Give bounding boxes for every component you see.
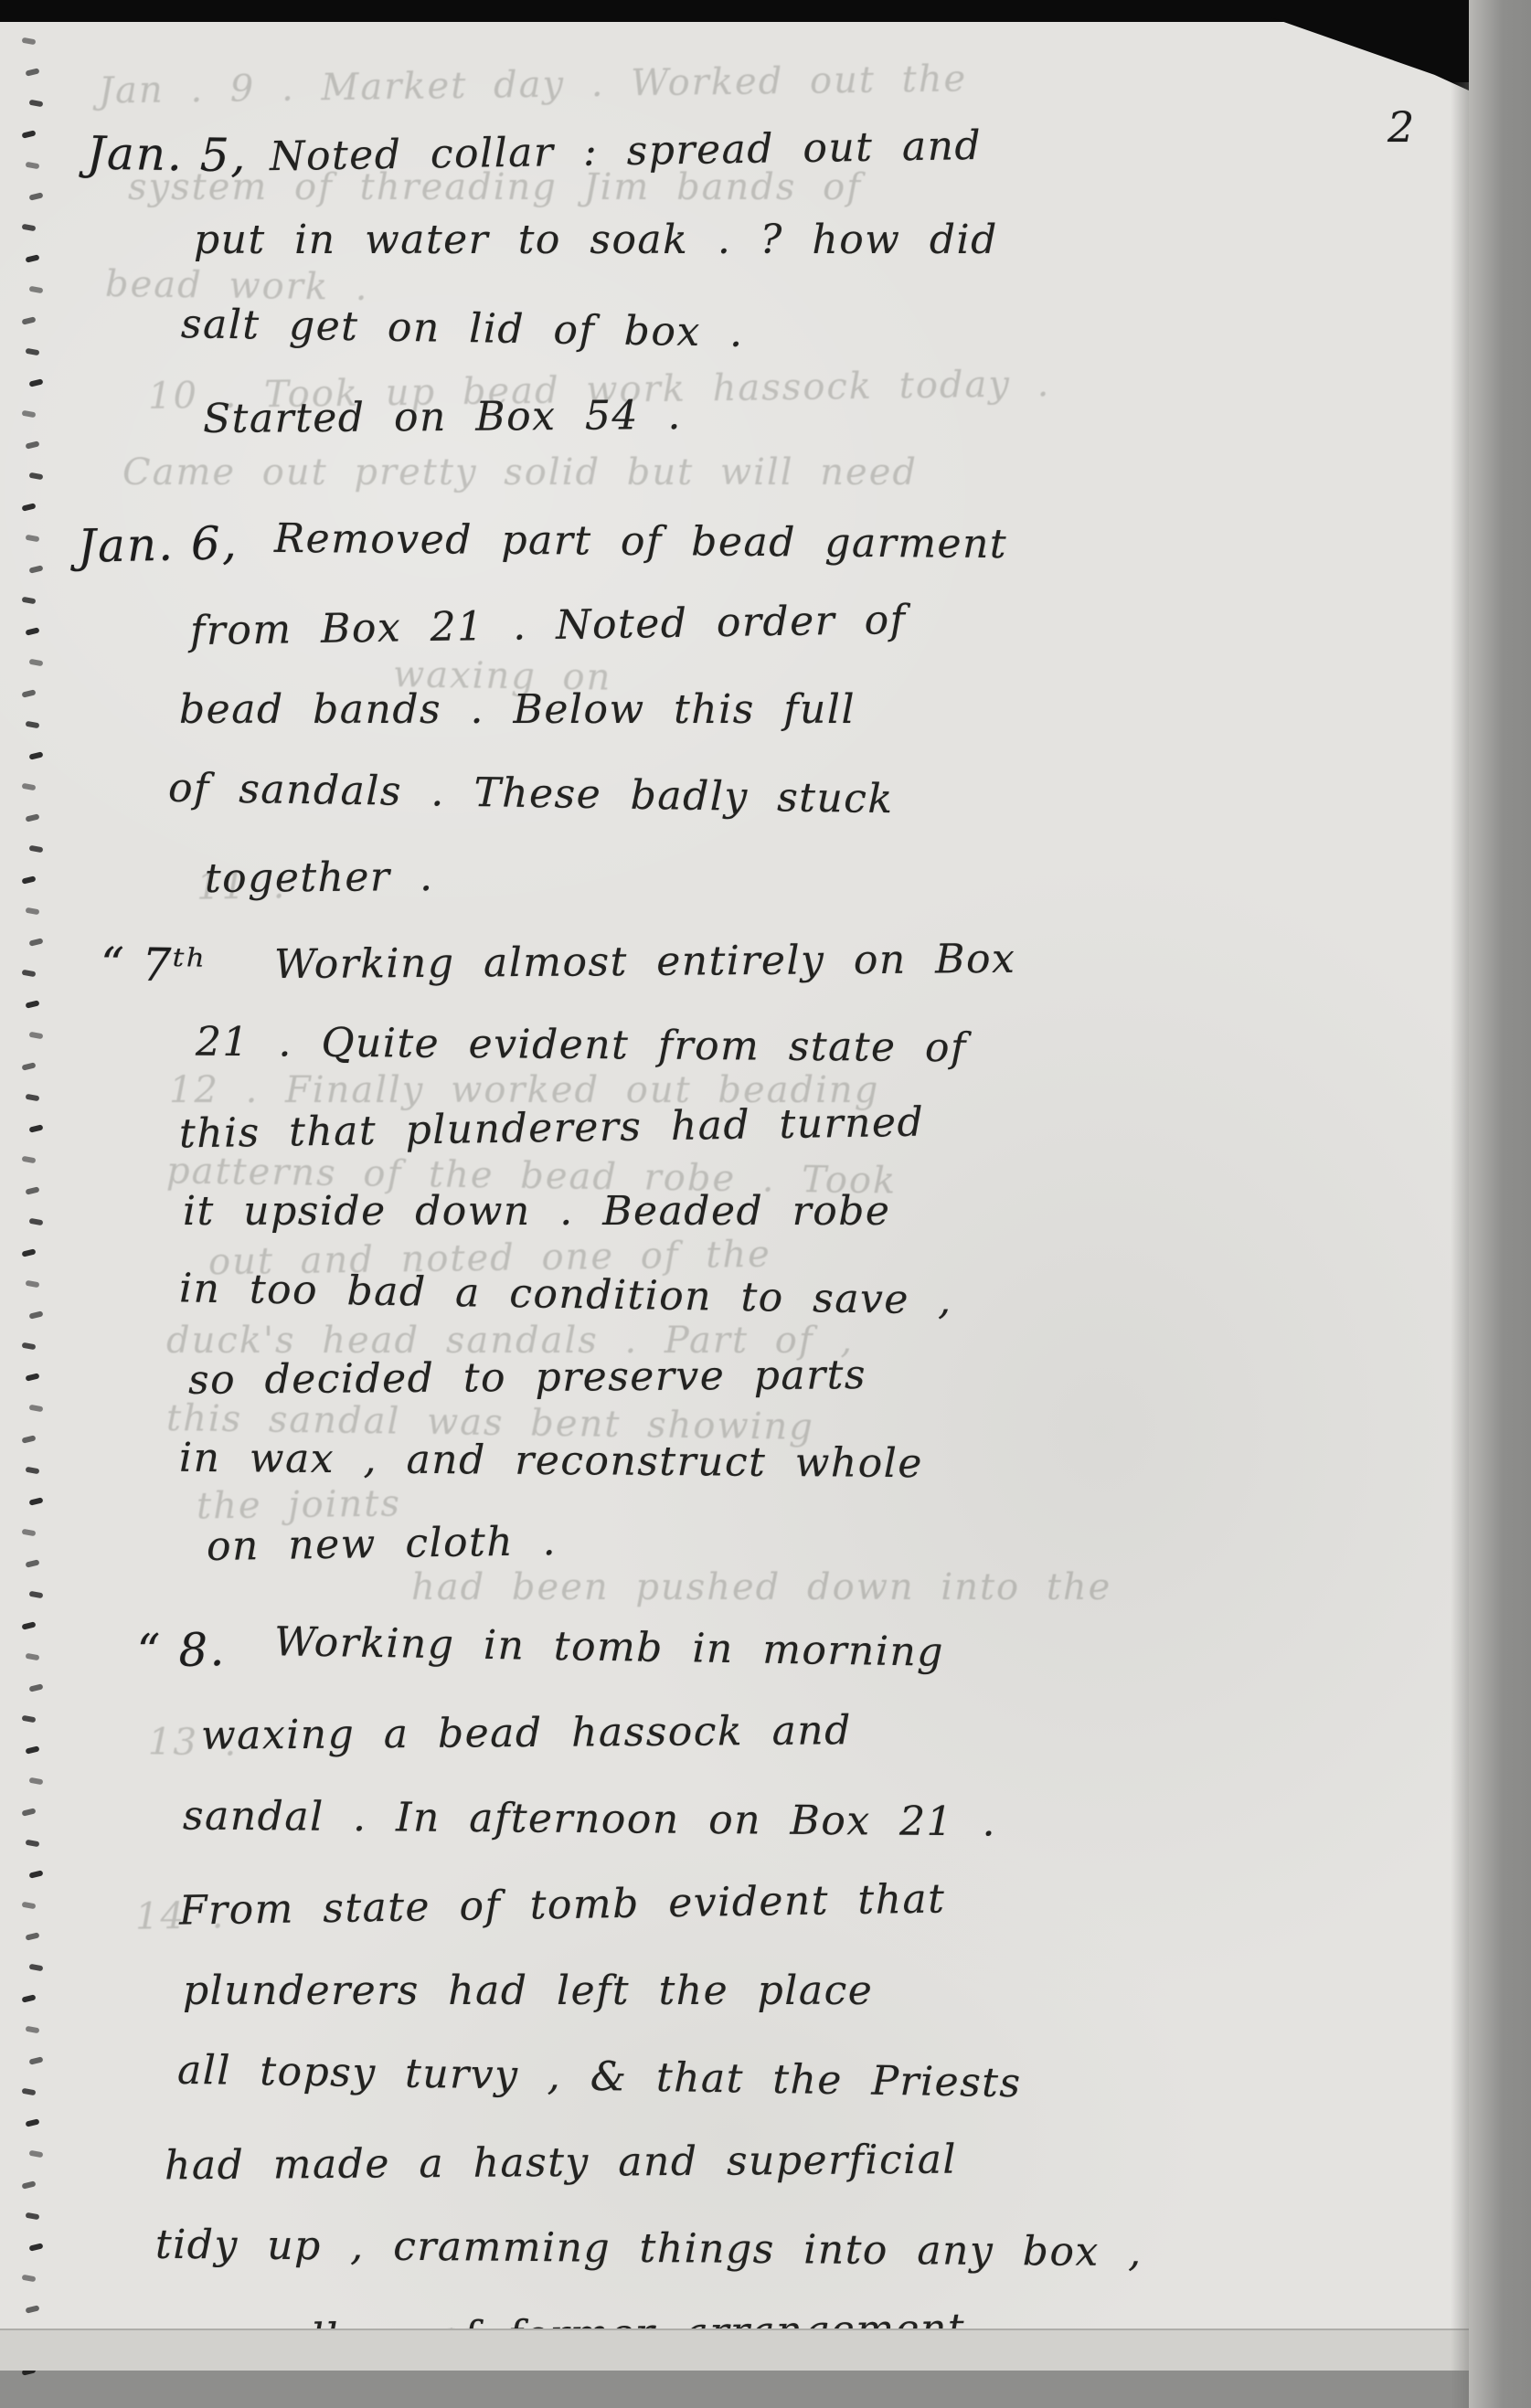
stitch-mark — [29, 2150, 44, 2159]
stitch-mark — [28, 565, 43, 573]
stitch-mark — [21, 1621, 36, 1629]
stitch-mark — [28, 1497, 43, 1505]
entry-line: from Box 21 . Noted order of — [190, 597, 907, 654]
stitch-mark — [28, 1870, 43, 1878]
stitch-mark — [22, 1342, 37, 1351]
entry-line: sandal . In afternoon on Box 21 . — [183, 1793, 996, 1846]
stitch-mark — [22, 1156, 37, 1164]
stitch-mark — [21, 1994, 36, 2002]
stitch-mark — [22, 2275, 37, 2283]
stitch-mark — [25, 2118, 39, 2127]
stitch-mark — [22, 224, 37, 232]
entry-line: together . — [205, 854, 434, 902]
stitch-mark — [28, 751, 43, 759]
stitch-mark — [26, 1653, 40, 1661]
stitch-mark — [21, 875, 36, 884]
stitch-mark — [21, 689, 36, 697]
stitch-mark — [28, 1310, 43, 1319]
stitch-mark — [21, 503, 36, 511]
stitch-mark — [25, 2305, 39, 2313]
stitch-mark — [22, 1529, 37, 1537]
stitch-mark — [26, 1840, 40, 1848]
stitch-mark — [26, 1467, 40, 1475]
stitch-mark — [28, 938, 43, 946]
stitch-mark — [29, 286, 44, 294]
stitch-mark — [21, 1248, 36, 1257]
bleed-through-line: Came out pretty solid but will need — [122, 451, 918, 493]
page-bottom-edge — [0, 2328, 1470, 2371]
stitch-mark — [22, 783, 37, 791]
entry-line: bead bands . Below this full — [179, 686, 856, 733]
entry-line: in wax , and reconstruct whole — [179, 1435, 923, 1487]
stitch-mark — [26, 2026, 40, 2034]
stitch-mark — [25, 627, 39, 635]
paper-sheet: 2 Jan . 9 . Market day . Worked out thes… — [0, 20, 1470, 2371]
stitch-mark — [28, 2056, 43, 2064]
stitch-mark — [22, 2088, 37, 2096]
stitch-mark — [25, 1373, 39, 1381]
bleed-through-line: had been pushed down into the — [411, 1566, 1111, 1608]
entry-line: plunderers had left the place — [183, 1968, 873, 2014]
stitch-mark — [21, 316, 36, 324]
entry-date: Jan. 5, — [87, 126, 249, 182]
stitch-mark — [25, 254, 39, 262]
entry-line: Started on Box 54 . — [203, 392, 682, 442]
stitch-mark — [28, 378, 43, 387]
stitch-mark — [28, 1124, 43, 1132]
stitch-mark — [22, 597, 37, 605]
entry-line: had made a hasty and superficial — [165, 2137, 957, 2190]
entry-line: all topsy turvy , & that the Priests — [177, 2047, 1022, 2107]
bleed-through-line: Jan . 9 . Market day . Worked out the — [99, 58, 968, 111]
stitch-mark — [28, 1683, 43, 1692]
entry-date: “ 8. — [136, 1623, 226, 1678]
entry-line: on new cloth . — [207, 1518, 558, 1570]
stitch-mark — [26, 535, 40, 543]
stitch-mark — [29, 1218, 44, 1226]
stitch-mark — [26, 162, 40, 170]
entry-line: Noted collar : spread out and — [270, 122, 983, 180]
stitch-mark — [21, 1808, 36, 1816]
stitch-mark — [25, 68, 39, 76]
scanned-page: 2 Jan . 9 . Market day . Worked out thes… — [0, 0, 1531, 2408]
stitch-mark — [26, 2212, 40, 2221]
page-number: 2 — [1387, 102, 1414, 152]
entry-line: Working almost entirely on Box — [274, 936, 1016, 988]
entry-line: Removed part of bead garment — [274, 515, 1007, 568]
stitch-mark — [22, 37, 37, 46]
stitch-mark — [29, 659, 44, 667]
stitch-mark — [21, 130, 36, 138]
stitch-mark — [21, 2180, 36, 2189]
stitch-mark — [22, 970, 37, 978]
entry-line: tidy up , cramming things into any box , — [155, 2222, 1143, 2275]
entry-line: put in water to soak . ? how did — [194, 217, 998, 263]
stitch-mark — [26, 1094, 40, 1102]
entry-line: so decided to preserve parts — [188, 1352, 867, 1404]
stitch-mark — [29, 1405, 44, 1413]
stitch-mark — [26, 907, 40, 916]
entry-line: 21 . Quite evident from state of — [196, 1019, 967, 1072]
stitch-mark — [25, 1559, 39, 1567]
stitch-mark — [26, 348, 40, 356]
entry-date: Jan. 6, — [77, 516, 239, 573]
stitch-mark — [22, 1715, 37, 1724]
stitch-mark — [25, 813, 39, 822]
stitch-mark — [29, 1032, 44, 1040]
stitch-mark — [29, 1591, 44, 1599]
entry-line: From state of tomb evident that — [179, 1875, 946, 1934]
stitch-mark — [29, 1777, 44, 1786]
stitch-mark — [25, 1000, 39, 1008]
entry-line: waxing a bead hassock and — [201, 1707, 852, 1759]
stitch-mark — [26, 1280, 40, 1289]
scan-right-edge — [1469, 0, 1531, 2408]
entry-date: “ 7ᵗʰ — [101, 938, 208, 992]
entry-line: salt get on lid of box . — [181, 301, 744, 356]
stitch-mark — [22, 1902, 37, 1910]
stitch-mark — [21, 1435, 36, 1443]
stitch-mark — [29, 1964, 44, 1972]
stitch-mark — [22, 410, 37, 419]
stitch-mark — [25, 440, 39, 449]
stitch-mark — [21, 1062, 36, 1070]
entry-line: Working in tomb in morning — [274, 1618, 945, 1676]
stitch-mark — [25, 1186, 39, 1194]
stitch-mark — [28, 192, 43, 200]
stitch-mark — [28, 2243, 43, 2251]
stitch-mark — [26, 721, 40, 729]
stitch-mark — [29, 100, 44, 108]
stitch-mark — [29, 472, 44, 481]
entry-line: of sandals . These badly stuck — [168, 765, 894, 822]
entry-line: in too bad a condition to save , — [179, 1265, 953, 1323]
entry-line: it upside down . Beaded robe — [183, 1188, 890, 1235]
stitch-mark — [29, 845, 44, 854]
stitch-mark — [25, 1745, 39, 1754]
stitch-mark — [25, 1932, 39, 1940]
